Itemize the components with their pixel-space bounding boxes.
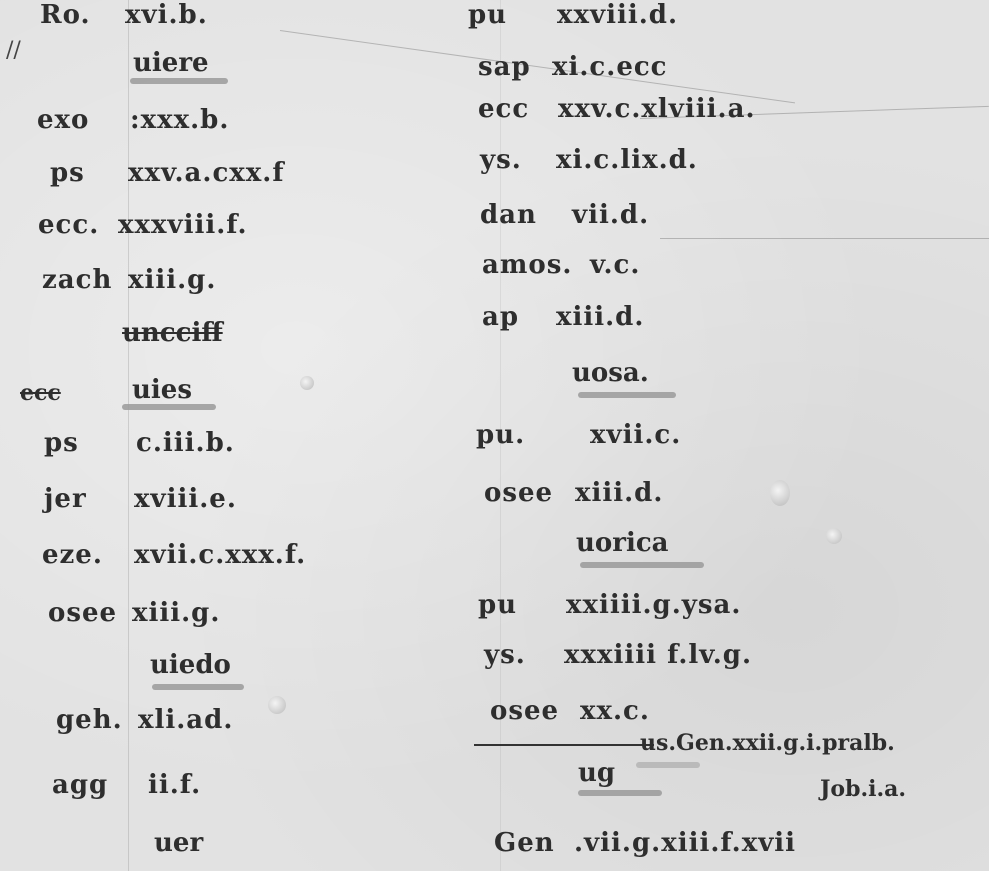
book-abbrev: ap (482, 302, 519, 332)
chapter-ref: xiii.d. (556, 302, 644, 332)
page-crease (280, 30, 795, 103)
book-abbrev: osee (484, 478, 553, 508)
headword: uiere (133, 48, 209, 78)
book-abbrev: exo (37, 105, 89, 135)
book-abbrev: jer (44, 484, 87, 514)
chapter-ref: v.c. (590, 250, 640, 280)
chapter-ref: xi.c.ecc (552, 52, 668, 82)
chapter-ref: xvii.c. (590, 420, 681, 450)
headword: uosa. (572, 358, 649, 388)
chapter-ref: ii.f. (148, 770, 201, 800)
book-abbrev: ecc (478, 94, 529, 124)
book-abbrev: sap (478, 52, 531, 82)
book-abbrev: ps (50, 158, 85, 188)
headword-underline (580, 562, 704, 568)
chapter-ref: xxv.a.cxx.f (128, 158, 285, 188)
parchment-hole (300, 376, 314, 390)
headword-underline (578, 392, 676, 398)
chapter-ref: xxxiiii f.lv.g. (564, 640, 752, 670)
book-abbrev: pu (478, 590, 517, 620)
chapter-ref: xx.c. (580, 696, 650, 726)
headword-underline (122, 404, 216, 410)
book-abbrev: Gen (494, 828, 555, 858)
book-abbrev: pu (468, 0, 507, 30)
headword: uorica (576, 528, 669, 558)
parchment-hole (770, 480, 790, 506)
chapter-ref: xxv.c.xlviii.a. (558, 94, 756, 124)
headword-underline (152, 684, 244, 690)
headword-underline (578, 790, 662, 796)
parchment-hole (826, 528, 842, 544)
headword: uies (132, 375, 192, 405)
chapter-ref: xxxviii.f. (118, 210, 248, 240)
chapter-ref: xxiiii.g.ysa. (566, 590, 741, 620)
headword-underline (130, 78, 228, 84)
struck-book-abbrev: ecc (20, 380, 61, 406)
book-abbrev: eze. (42, 540, 103, 570)
chapter-ref: xi.c.lix.d. (556, 145, 698, 175)
book-abbrev: osee (490, 696, 559, 726)
book-abbrev: osee (48, 598, 117, 628)
chapter-ref: xiii.g. (128, 265, 216, 295)
chapter-ref: vii.d. (572, 200, 649, 230)
chapter-ref: xiii.d. (575, 478, 663, 508)
book-abbrev: agg (52, 770, 108, 800)
book-abbrev: zach (42, 265, 112, 295)
chapter-ref: .vii.g.xiii.f.xvii (574, 828, 796, 858)
headword: ug (578, 758, 615, 788)
book-abbrev: ps (44, 428, 79, 458)
rule-line (474, 744, 654, 746)
book-abbrev: Ro. (40, 0, 91, 30)
parchment-hole (268, 696, 286, 714)
page-crease (660, 238, 989, 239)
book-abbrev: ys. (480, 145, 522, 175)
chapter-ref: xiii.g. (132, 598, 220, 628)
struck-headword: uncciff (122, 318, 223, 348)
cross-reference-note: Job.i.a. (820, 776, 906, 802)
book-abbrev: pu. (476, 420, 525, 450)
chapter-ref: xli.ad. (138, 705, 233, 735)
book-abbrev: geh. (56, 705, 123, 735)
book-abbrev: amos. (482, 250, 572, 280)
margin-mark: // (6, 38, 21, 63)
headword: uer (154, 828, 203, 858)
cross-reference-note: us.Gen.xxii.g.i.pralb. (640, 730, 895, 756)
headword-underline (636, 762, 700, 768)
book-abbrev: ys. (484, 640, 526, 670)
headword: uiedo (150, 650, 231, 680)
book-abbrev: dan (480, 200, 537, 230)
book-abbrev: ecc. (38, 210, 99, 240)
manuscript-page: // Ro. xvi.b. uiere exo :xxx.b. ps xxv.a… (0, 0, 989, 871)
chapter-ref: c.iii.b. (136, 428, 235, 458)
chapter-ref: :xxx.b. (130, 105, 229, 135)
chapter-ref: xvi.b. (125, 0, 208, 30)
chapter-ref: xviii.e. (134, 484, 237, 514)
chapter-ref: xxviii.d. (557, 0, 678, 30)
ruling-line (128, 0, 129, 871)
chapter-ref: xvii.c.xxx.f. (134, 540, 306, 570)
